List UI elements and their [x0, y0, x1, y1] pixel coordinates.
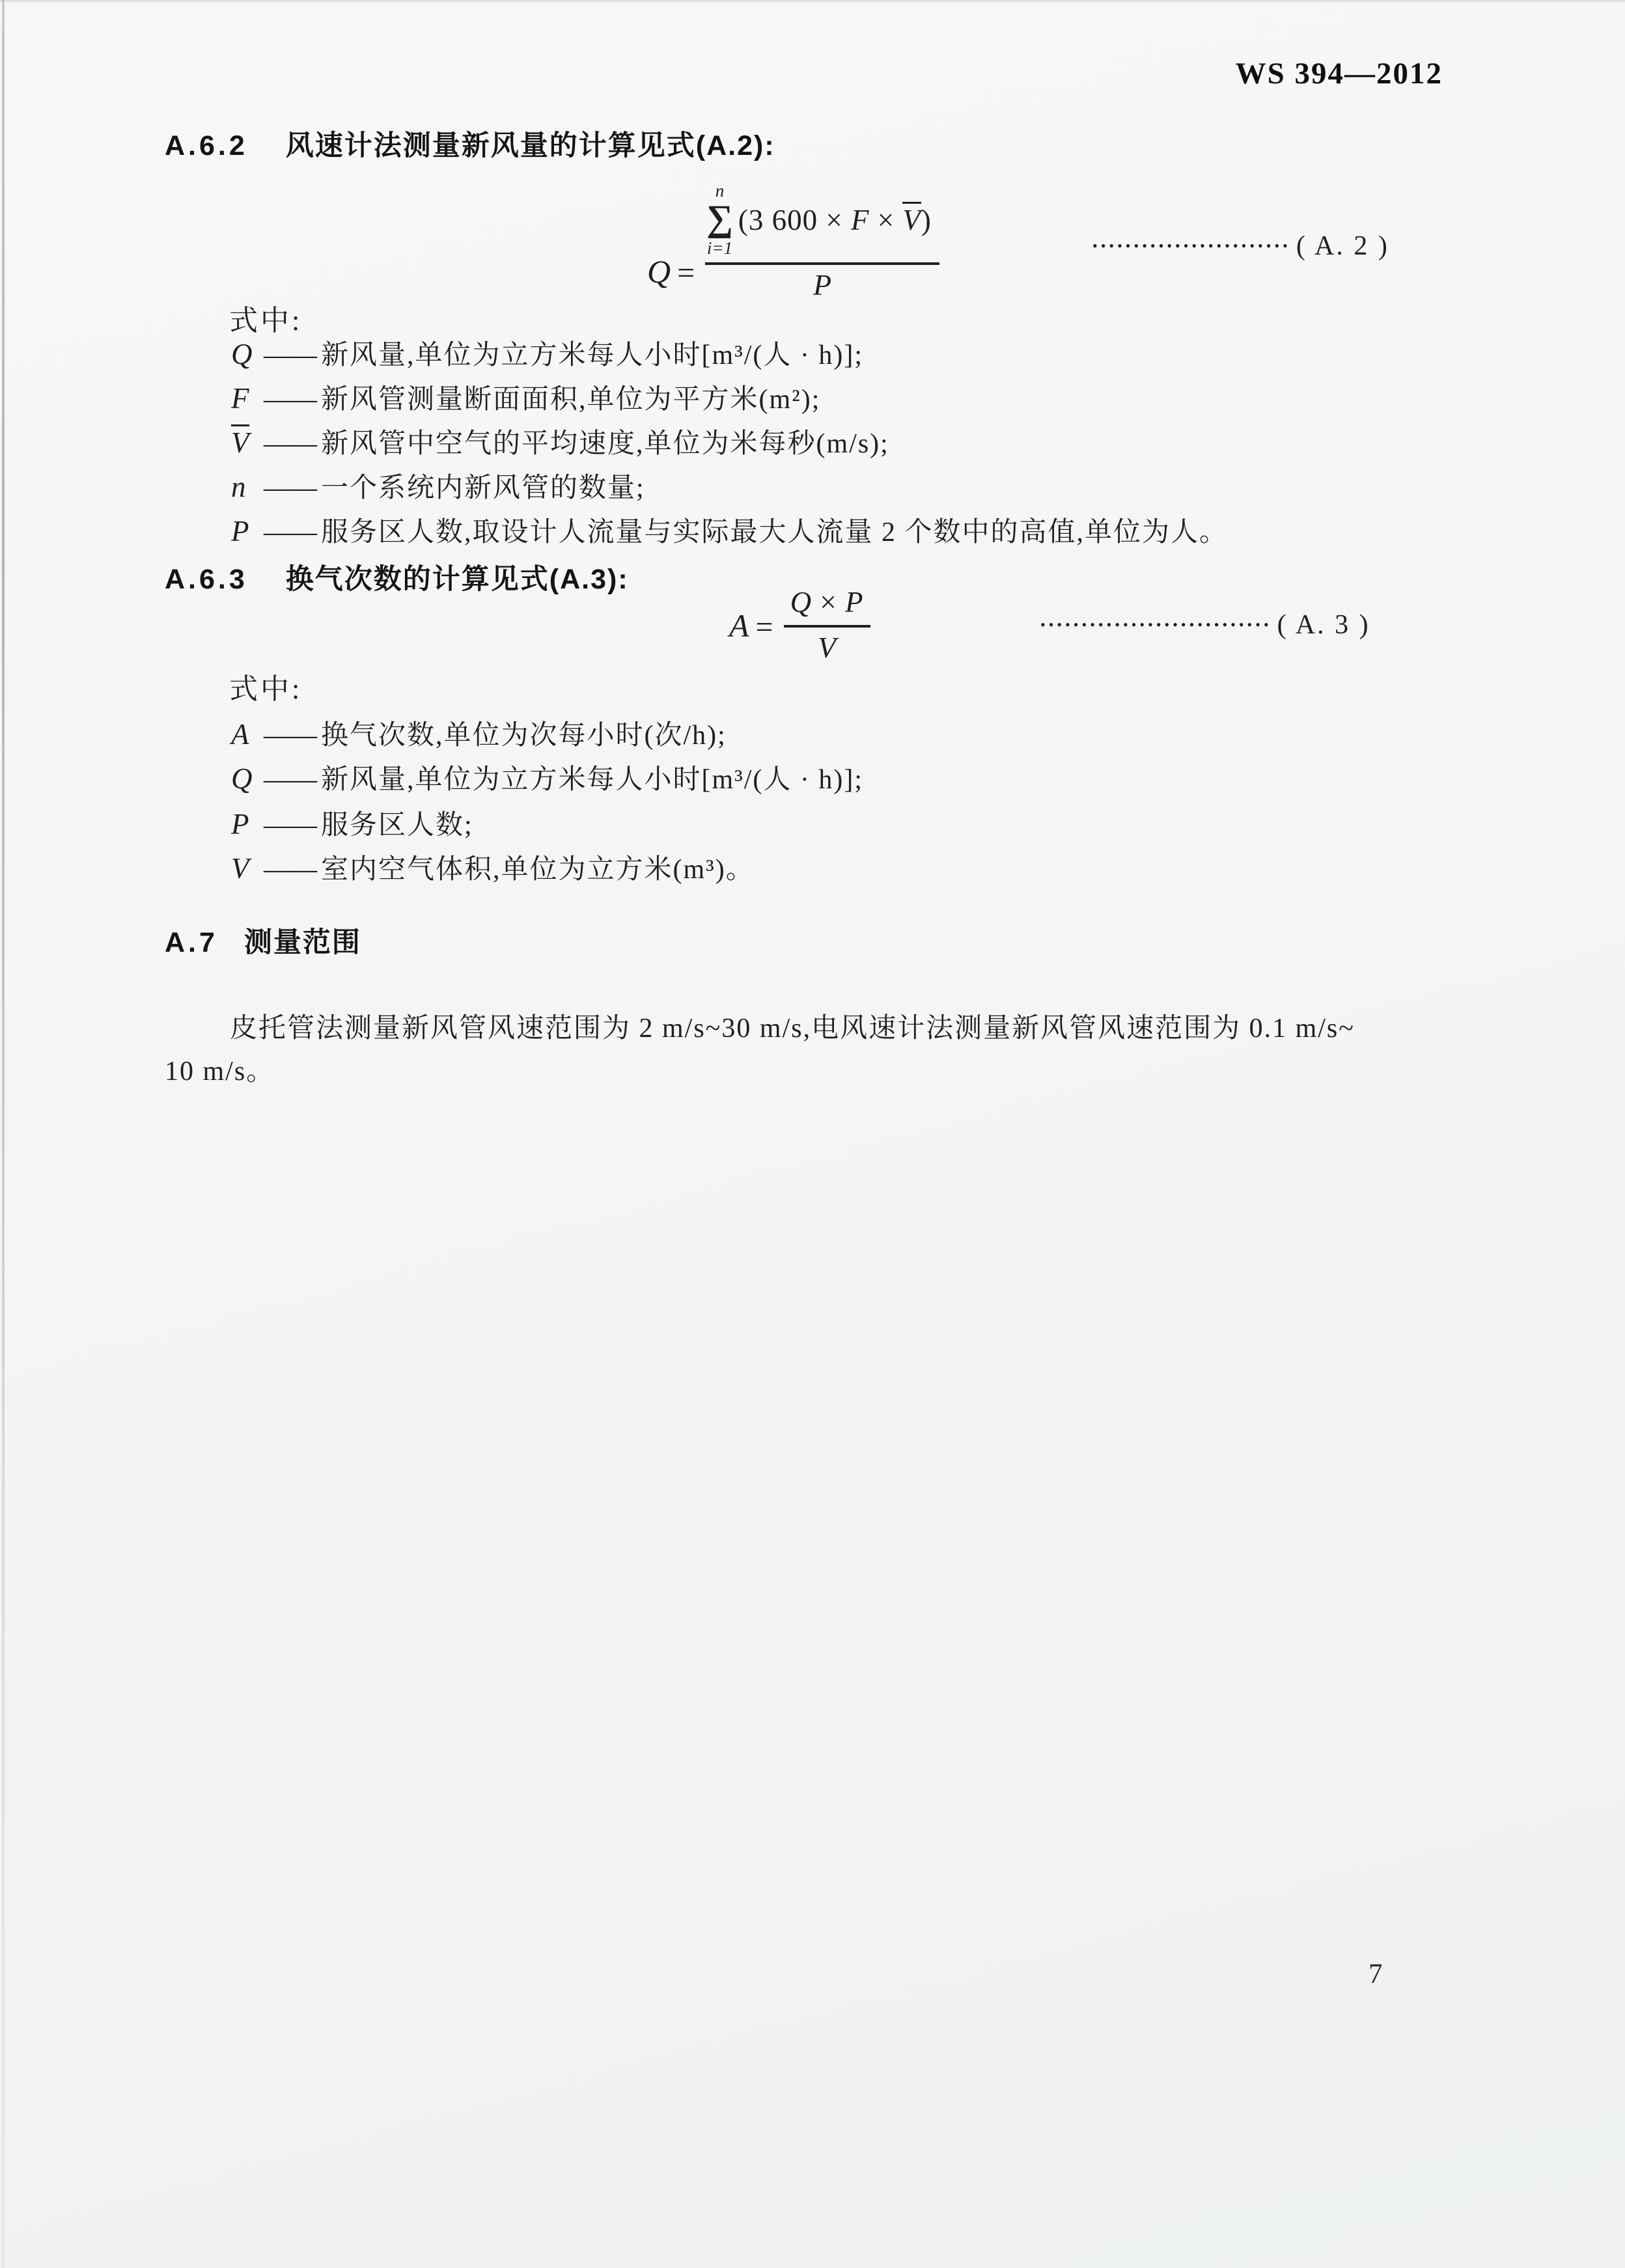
fraction: n ∑ i=1 (3 600 × F × V) P — [705, 180, 939, 300]
document-code: WS 394—2012 — [1236, 56, 1443, 91]
definition-text: 服务区人数; — [321, 810, 473, 840]
symbol-v-bar: V — [231, 424, 261, 460]
definition-text: 新风量,单位为立方米每人小时[m³/(人 · h)]; — [321, 765, 863, 795]
section-title: 换气次数的计算见式(A.3): — [286, 564, 629, 595]
formula-a2-number: ( A. 2 ) — [1296, 230, 1389, 262]
variable-v-bar: V — [902, 202, 921, 235]
denominator: P — [813, 270, 831, 300]
definition-dash: —— — [264, 765, 316, 795]
where-label-a3: 式中: — [229, 665, 302, 707]
sigma-symbol: ∑ — [706, 201, 733, 236]
formula-a3-number: ( A. 3 ) — [1277, 609, 1370, 641]
formula-a2-leader: •••••••••••••••••••••••• ( A. 2 ) — [1092, 229, 1389, 263]
numerator: n ∑ i=1 (3 600 × F × V) — [705, 180, 939, 265]
product-close: ) — [921, 204, 932, 236]
section-number: A.6.2 — [165, 130, 248, 161]
paragraph-line: 皮托管法测量新风管风速范围为 2 m/s~30 m/s,电风速计法测量新风管风速… — [165, 1006, 1355, 1045]
definition-text: 新风管中空气的平均速度,单位为米每秒(m/s); — [321, 429, 889, 459]
summation: n ∑ i=1 — [706, 182, 733, 257]
formula-a3-leader: •••••••••••••••••••••••••••• ( A. 3 ) — [1040, 608, 1370, 642]
equals-sign: = — [677, 258, 695, 289]
variable-f: F — [851, 204, 870, 236]
symbol-a: A — [231, 717, 261, 751]
section-heading-a62: A.6.2风速计法测量新风量的计算见式(A.2): — [165, 124, 775, 163]
leader-dots: •••••••••••••••••••••••••••• — [1040, 616, 1272, 633]
symbol-q: Q — [231, 337, 261, 371]
formula-a2: Q = n ∑ i=1 (3 600 × F × V) P — [647, 180, 939, 300]
numerator: Q × P — [784, 585, 870, 628]
definition-text: 一个系统内新风管的数量; — [321, 473, 645, 503]
document-page: WS 394—2012 A.6.2风速计法测量新风量的计算见式(A.2): Q … — [0, 0, 1625, 2268]
definition-row: F——新风管测量断面面积,单位为平方米(m²); — [231, 378, 820, 417]
formula-a2-lhs: Q — [647, 255, 671, 288]
definition-text: 室内空气体积,单位为立方米(m³)。 — [321, 855, 755, 885]
definition-dash: —— — [264, 518, 316, 547]
section-number: A.6.3 — [165, 564, 248, 595]
sum-lower-limit: i=1 — [707, 240, 732, 257]
product-expression: (3 600 × F × V) — [738, 202, 932, 238]
definition-dash: —— — [264, 473, 316, 503]
scan-edge-top — [0, 0, 1625, 2]
symbol-p: P — [231, 514, 261, 548]
section-title: 风速计法测量新风量的计算见式(A.2): — [286, 130, 775, 161]
where-label-a2: 式中: — [229, 297, 302, 339]
definition-text: 服务区人数,取设计人流量与实际最大人流量 2 个数中的高值,单位为人。 — [321, 518, 1228, 547]
symbol-n: n — [231, 470, 261, 504]
definition-row: Q——新风量,单位为立方米每人小时[m³/(人 · h)]; — [231, 333, 863, 372]
section-heading-a7: A.7测量范围 — [165, 920, 361, 960]
definition-dash: —— — [264, 721, 316, 751]
definition-text: 新风量,单位为立方米每人小时[m³/(人 · h)]; — [321, 340, 863, 370]
section-title: 测量范围 — [244, 927, 361, 958]
definition-row: A——换气次数,单位为次每小时(次/h); — [231, 713, 727, 753]
definition-row: n——一个系统内新风管的数量; — [231, 466, 645, 505]
definition-dash: —— — [264, 810, 316, 840]
definition-row: P——服务区人数,取设计人流量与实际最大人流量 2 个数中的高值,单位为人。 — [231, 510, 1228, 549]
times-sign: × — [869, 204, 902, 236]
sum-upper-limit: n — [715, 182, 725, 200]
definition-row: Q——新风量,单位为立方米每人小时[m³/(人 · h)]; — [231, 758, 863, 797]
definition-dash: —— — [264, 385, 316, 415]
definition-text: 换气次数,单位为次每小时(次/h); — [321, 721, 727, 751]
section-heading-a63: A.6.3换气次数的计算见式(A.3): — [165, 557, 629, 597]
leader-dots: •••••••••••••••••••••••• — [1092, 238, 1291, 255]
definition-text: 新风管测量断面面积,单位为平方米(m²); — [321, 385, 820, 415]
symbol-q: Q — [231, 762, 261, 795]
paragraph-line: 10 m/s。 — [165, 1049, 275, 1088]
definition-row: V——室内空气体积,单位为立方米(m³)。 — [231, 848, 755, 887]
symbol-p: P — [231, 807, 261, 841]
denominator: V — [818, 633, 836, 663]
fraction: Q × P V — [784, 585, 870, 663]
definition-dash: —— — [264, 855, 316, 885]
definition-row: V——新风管中空气的平均速度,单位为米每秒(m/s); — [231, 422, 889, 461]
variable-p: P — [845, 586, 864, 618]
page-number: 7 — [1368, 1958, 1383, 1990]
formula-a3-lhs: A — [729, 609, 749, 642]
variable-q: Q — [790, 586, 812, 618]
definition-dash: —— — [264, 429, 316, 459]
symbol-v: V — [231, 851, 261, 885]
product-open: (3 600 × — [738, 204, 851, 236]
definition-row: P——服务区人数; — [231, 803, 473, 842]
scan-edge-left — [2, 0, 5, 2268]
definition-dash: —— — [264, 340, 316, 370]
equals-sign: = — [756, 612, 773, 643]
section-number: A.7 — [165, 927, 218, 958]
symbol-f: F — [231, 381, 261, 415]
formula-a3: A = Q × P V — [729, 585, 870, 663]
product-expression: Q × P — [790, 586, 864, 620]
times-sign: × — [812, 586, 845, 618]
